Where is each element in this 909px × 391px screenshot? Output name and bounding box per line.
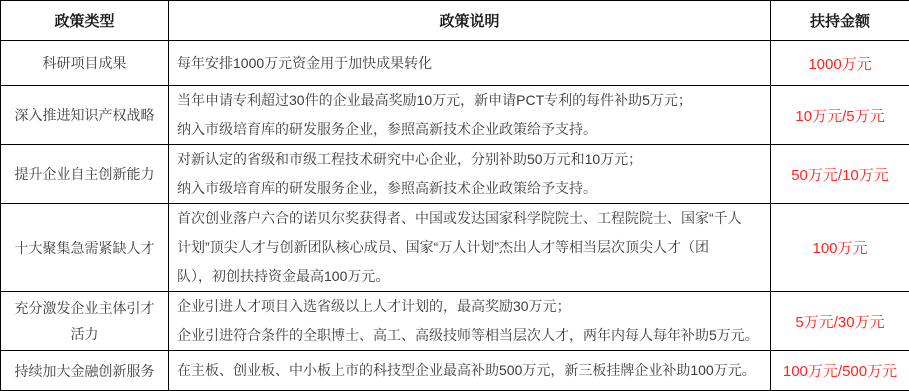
description-line: 当年申请专利超过30件的企业最高奖励10万元，新申请PCT专利的每件补助5万元； — [177, 86, 762, 115]
table-row: 科研项目成果 每年安排1000万元资金用于加快成果转化 1000万元 — [1, 41, 909, 86]
table-row: 深入推进知识产权战略 当年申请专利超过30件的企业最高奖励10万元，新申请PCT… — [1, 86, 909, 145]
description-line: 队），初创扶持资金最高100万元。 — [177, 262, 762, 291]
table-row: 提升企业自主创新能力 对新认定的省级和市级工程技术研究中心企业，分别补助50万元… — [1, 145, 909, 204]
table-row: 充分激发企业主体引才活力 企业引进人才项目入选省级以上人才计划的，最高奖励30万… — [1, 292, 909, 351]
description-line: 在主板、创业板、中小板上市的科技型企业最高补助500万元，新三板挂牌企业补助10… — [177, 356, 762, 385]
policy-description-cell: 首次创业落户六合的诺贝尔奖获得者、中国或发达国家科学院院士、工程院院士、国家“千… — [169, 204, 771, 292]
policy-description-cell: 当年申请专利超过30件的企业最高奖励10万元，新申请PCT专利的每件补助5万元；… — [169, 86, 771, 145]
policy-type-cell: 持续加大金融创新服务 — [1, 351, 169, 391]
policy-description-cell: 企业引进人才项目入选省级以上人才计划的，最高奖励30万元； 企业引进符合条件的全… — [169, 292, 771, 351]
policy-type-cell: 科研项目成果 — [1, 41, 169, 86]
policy-description-cell: 在主板、创业板、中小板上市的科技型企业最高补助500万元，新三板挂牌企业补助10… — [169, 351, 771, 391]
policy-support-table: 政策类型 政策说明 扶持金额 科研项目成果 每年安排1000万元资金用于加快成果… — [0, 0, 909, 391]
description-line: 计划”顶尖人才与创新团队核心成员、国家“万人计划”杰出人才等相当层次顶尖人才（团 — [177, 233, 762, 262]
description-line: 每年安排1000万元资金用于加快成果转化 — [177, 49, 762, 78]
support-amount-cell: 10万元/5万元 — [771, 86, 909, 145]
description-line: 纳入市级培育库的研发服务企业，参照高新技术企业政策给予支持。 — [177, 115, 762, 144]
header-row: 政策类型 政策说明 扶持金额 — [1, 1, 909, 41]
description-line: 企业引进人才项目入选省级以上人才计划的，最高奖励30万元； — [177, 292, 762, 321]
table-row: 持续加大金融创新服务 在主板、创业板、中小板上市的科技型企业最高补助500万元，… — [1, 351, 909, 391]
table-row: 十大聚集急需紧缺人才 首次创业落户六合的诺贝尔奖获得者、中国或发达国家科学院院士… — [1, 204, 909, 292]
description-line: 首次创业落户六合的诺贝尔奖获得者、中国或发达国家科学院院士、工程院院士、国家“千… — [177, 204, 762, 233]
support-amount-cell: 100万元 — [771, 204, 909, 292]
description-line: 企业引进符合条件的全职博士、高工、高级技师等相当层次人才，两年内每人每年补助5万… — [177, 321, 762, 350]
support-amount-cell: 5万元/30万元 — [771, 292, 909, 351]
support-amount-cell: 100万元/500万元 — [771, 351, 909, 391]
policy-type-cell: 深入推进知识产权战略 — [1, 86, 169, 145]
support-amount-cell: 1000万元 — [771, 41, 909, 86]
policy-type-cell: 充分激发企业主体引才活力 — [1, 292, 169, 351]
policy-description-cell: 对新认定的省级和市级工程技术研究中心企业，分别补助50万元和10万元； 纳入市级… — [169, 145, 771, 204]
column-header-policy-type: 政策类型 — [1, 1, 169, 41]
description-line: 纳入市级培育库的研发服务企业，参照高新技术企业政策给予支持。 — [177, 174, 762, 203]
column-header-support-amount: 扶持金额 — [771, 1, 909, 41]
policy-type-cell: 提升企业自主创新能力 — [1, 145, 169, 204]
policy-type-cell: 十大聚集急需紧缺人才 — [1, 204, 169, 292]
description-line: 对新认定的省级和市级工程技术研究中心企业，分别补助50万元和10万元； — [177, 145, 762, 174]
policy-description-cell: 每年安排1000万元资金用于加快成果转化 — [169, 41, 771, 86]
column-header-policy-description: 政策说明 — [169, 1, 771, 41]
support-amount-cell: 50万元/10万元 — [771, 145, 909, 204]
